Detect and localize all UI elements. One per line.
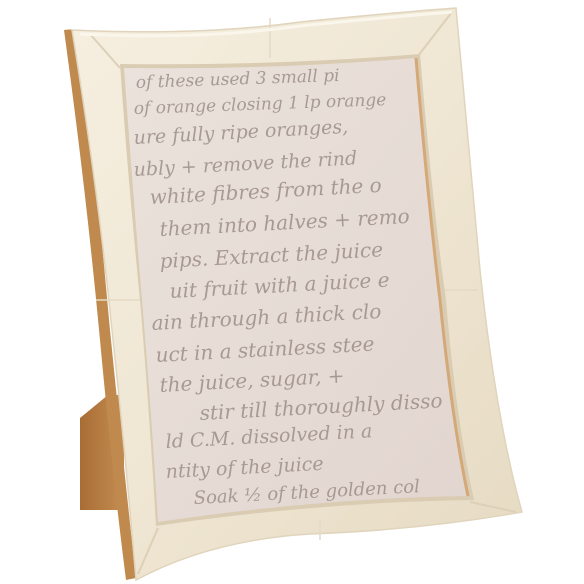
photo-frame: of these used 3 small pi of orange closi… bbox=[0, 0, 584, 584]
product-photo: of these used 3 small pi of orange closi… bbox=[0, 0, 584, 584]
